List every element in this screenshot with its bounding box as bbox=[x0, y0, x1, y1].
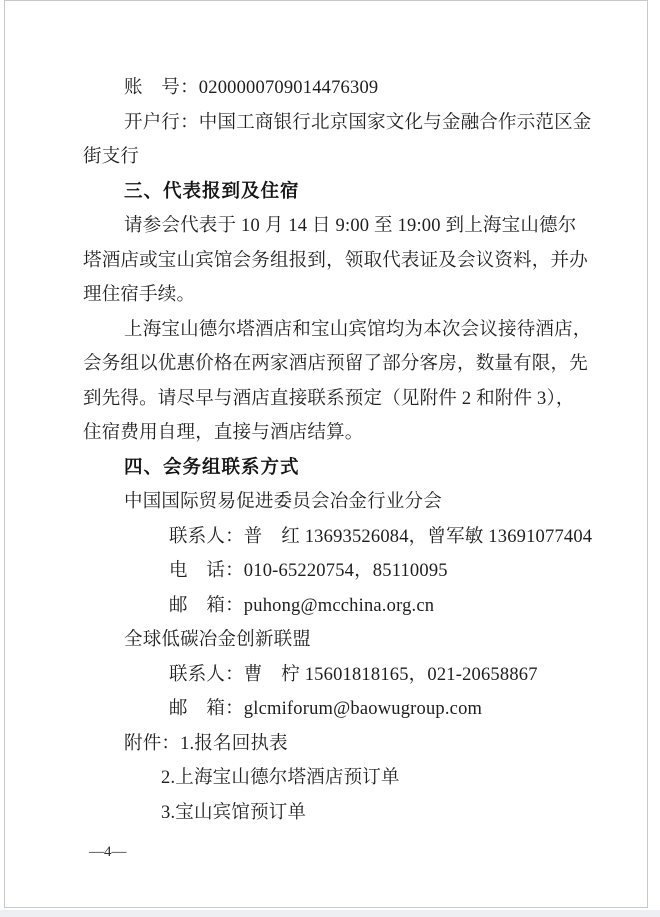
document-body: 账 号：0200000709014476309 开户行：中国工商银行北京国家文化… bbox=[5, 1, 647, 830]
attachment-line-3: 3.宝山宾馆预订单 bbox=[83, 796, 581, 831]
hotel-line-3: 到先得。请尽早与酒店直接联系预定（见附件 2 和附件 3）， bbox=[83, 382, 581, 417]
registration-line-3: 理住宿手续。 bbox=[83, 278, 581, 313]
ccpit-email-line: 邮 箱：puhong@mcchina.org.cn bbox=[83, 589, 581, 624]
page-number: —4— bbox=[89, 844, 127, 861]
org-glcmi-line: 全球低碳冶金创新联盟 bbox=[83, 623, 581, 658]
bank-branch-wrap-line: 街支行 bbox=[83, 140, 581, 175]
hotel-line-1: 上海宝山德尔塔酒店和宝山宾馆均为本次会议接待酒店， bbox=[83, 313, 581, 348]
attachment-line-2: 2.上海宝山德尔塔酒店预订单 bbox=[83, 761, 581, 796]
glcmi-contact-line: 联系人：曹 柠 15601818165，021-20658867 bbox=[83, 658, 581, 693]
section-heading-3: 三、代表报到及住宿 bbox=[83, 175, 581, 210]
page-shadow-strip bbox=[0, 910, 660, 917]
hotel-line-4: 住宿费用自理，直接与酒店结算。 bbox=[83, 416, 581, 451]
glcmi-email-line: 邮 箱：glcmiforum@baowugroup.com bbox=[83, 692, 581, 727]
document-page: 账 号：0200000709014476309 开户行：中国工商银行北京国家文化… bbox=[4, 0, 648, 908]
bank-branch-line: 开户行：中国工商银行北京国家文化与金融合作示范区金 bbox=[83, 106, 581, 141]
registration-line-1: 请参会代表于 10 月 14 日 9:00 至 19:00 到上海宝山德尔 bbox=[83, 209, 581, 244]
document-viewport: 账 号：0200000709014476309 开户行：中国工商银行北京国家文化… bbox=[0, 0, 660, 917]
attachment-line-1: 附件：1.报名回执表 bbox=[83, 727, 581, 762]
ccpit-contact-line: 联系人：普 红 13693526084，曾军敏 13691077404 bbox=[83, 520, 581, 555]
hotel-line-2: 会务组以优惠价格在两家酒店预留了部分客房，数量有限，先 bbox=[83, 347, 581, 382]
registration-line-2: 塔酒店或宝山宾馆会务组报到，领取代表证及会议资料，并办 bbox=[83, 244, 581, 279]
bank-account-line: 账 号：0200000709014476309 bbox=[83, 71, 581, 106]
ccpit-phone-line: 电 话：010-65220754，85110095 bbox=[83, 554, 581, 589]
section-heading-4: 四、会务组联系方式 bbox=[83, 451, 581, 486]
org-ccpit-line: 中国国际贸易促进委员会冶金行业分会 bbox=[83, 485, 581, 520]
